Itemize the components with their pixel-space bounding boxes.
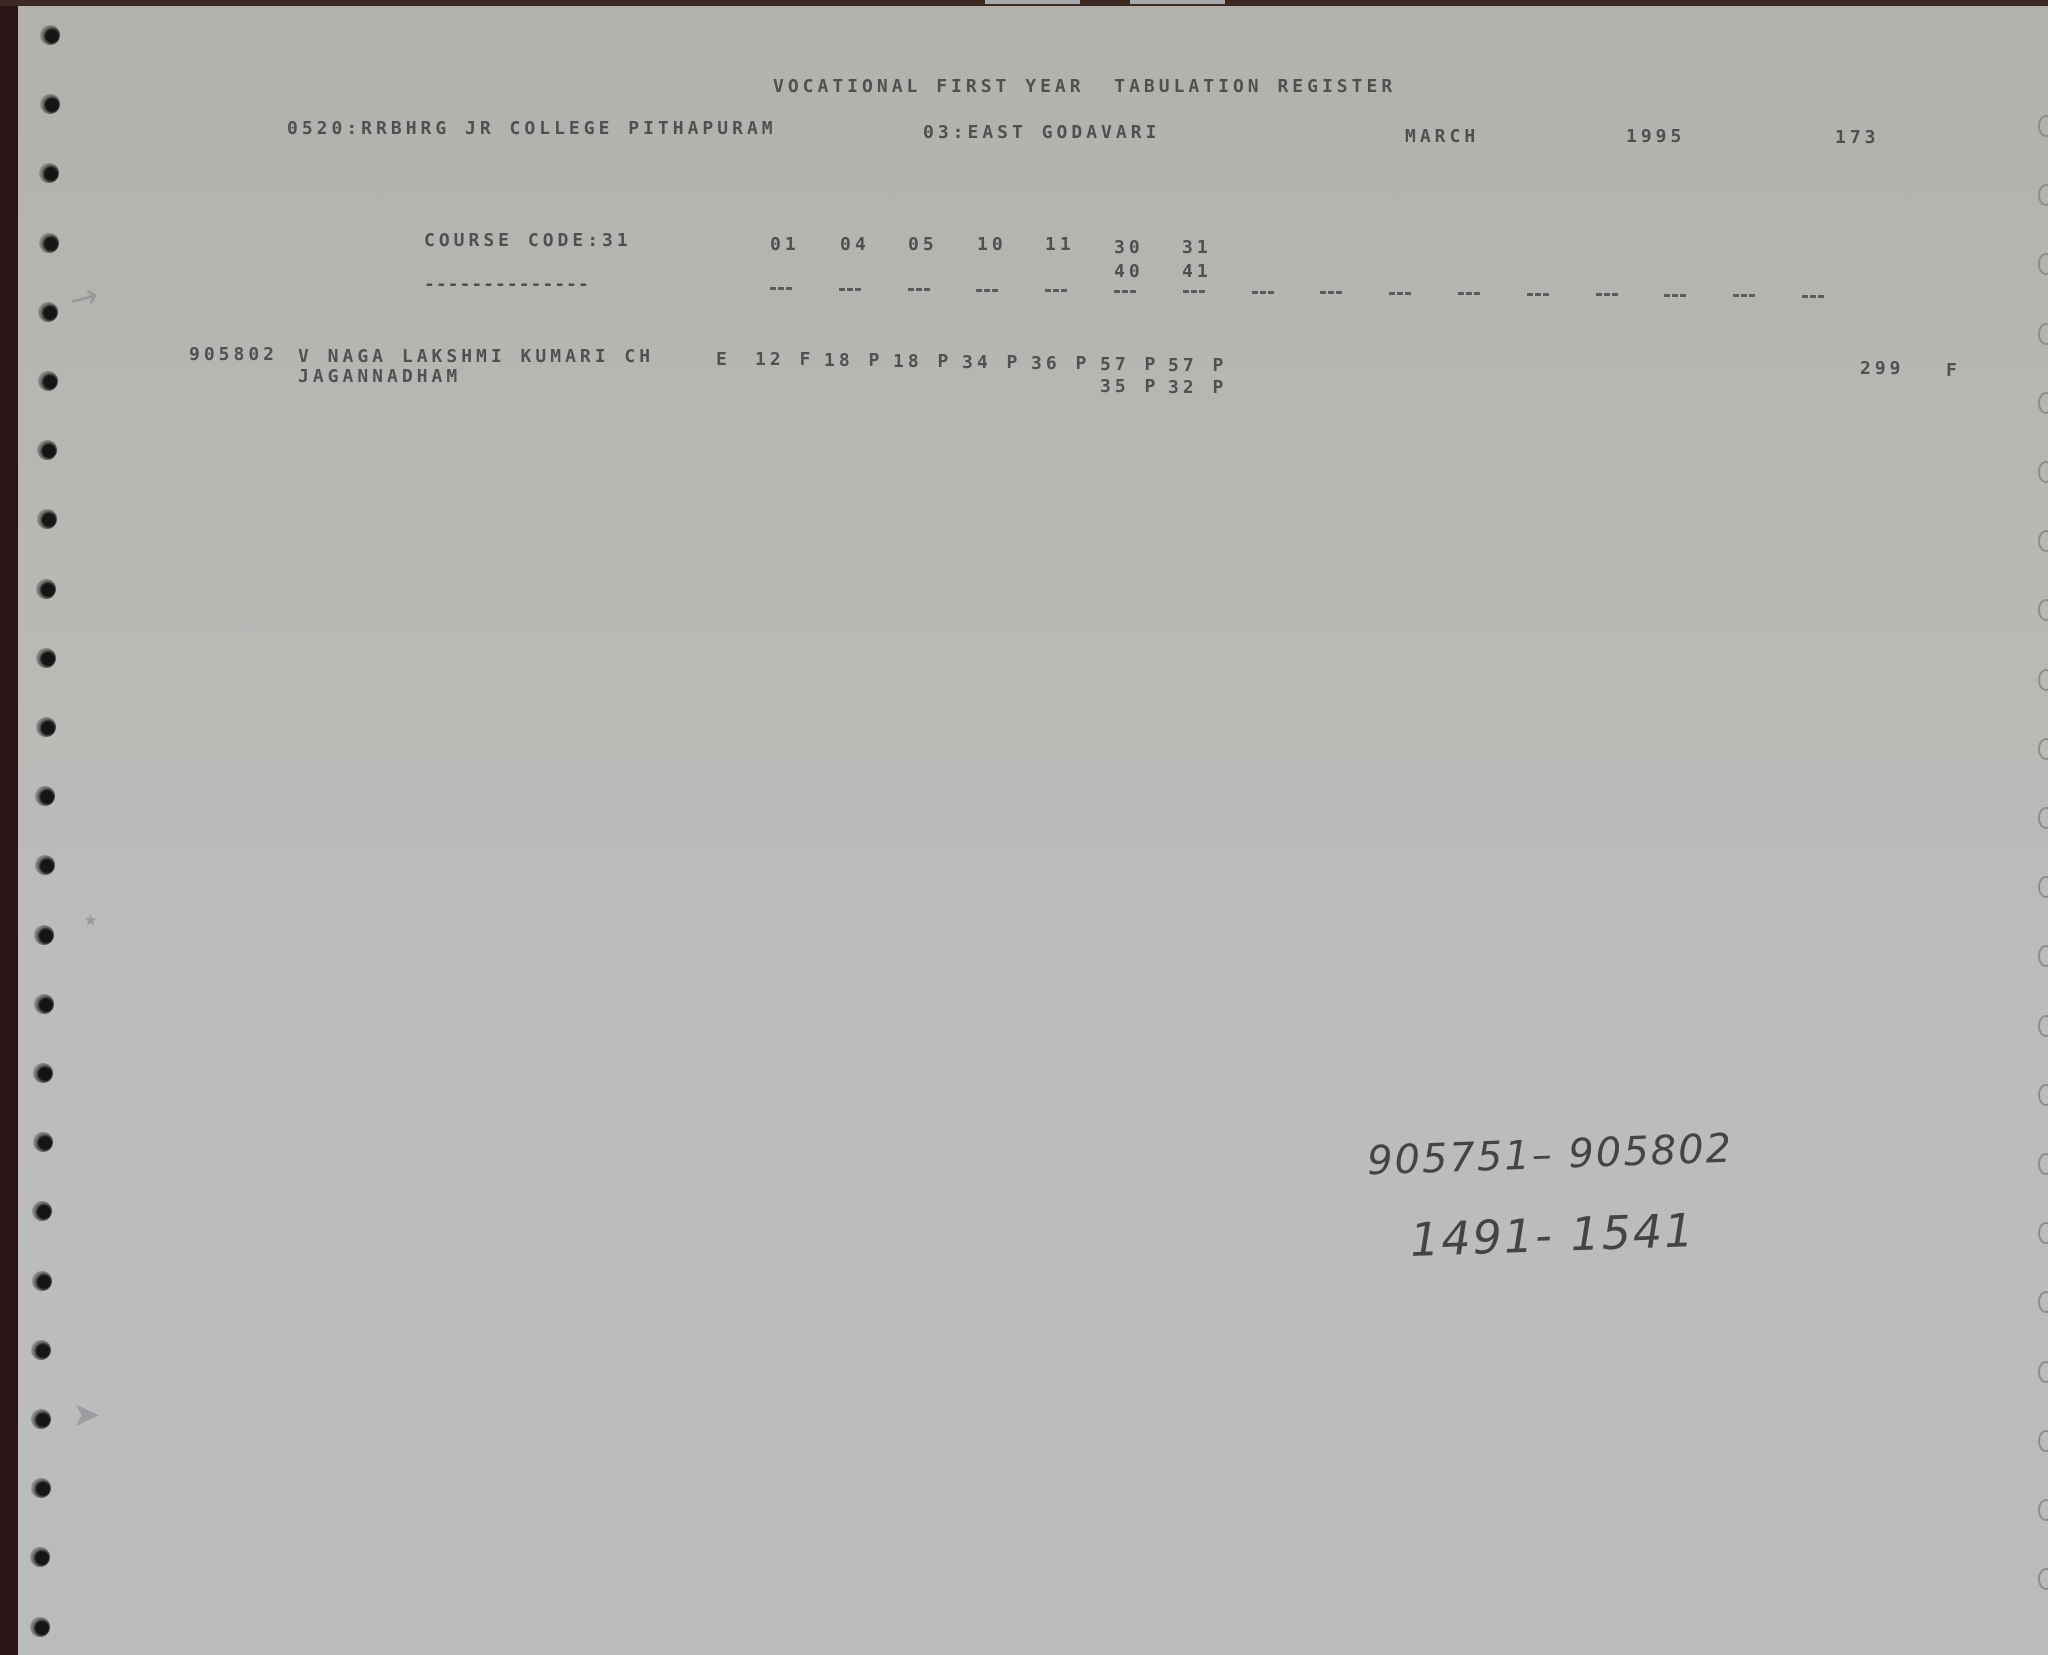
tractor-hole	[36, 717, 56, 737]
tractor-hole	[40, 25, 60, 45]
tractor-hole	[40, 94, 60, 114]
column-underline	[770, 287, 792, 294]
district: 03:EAST GODAVARI	[923, 124, 1160, 142]
tractor-hole	[2038, 392, 2048, 414]
tractor-hole	[33, 1132, 53, 1152]
tractor-hole	[2038, 1499, 2048, 1521]
tractor-hole	[2038, 323, 2048, 345]
subject-code: 10	[977, 236, 1007, 254]
handwritten-serial-range: 1491- 1541	[1409, 1203, 1696, 1267]
course-code: COURSE CODE:31	[424, 232, 632, 250]
tractor-hole	[2038, 1361, 2048, 1383]
pencil-mark: ➤	[72, 1395, 101, 1435]
tractor-hole	[31, 1409, 51, 1429]
tractor-hole	[2038, 669, 2048, 691]
tractor-hole	[2038, 876, 2048, 898]
tractor-hole	[2038, 1222, 2048, 1244]
subject-mark-secondary: 32 P	[1168, 379, 1227, 397]
tractor-hole	[36, 648, 56, 668]
college-name: 0520:RRBHRG JR COLLEGE PITHAPURAM	[287, 120, 777, 138]
tractor-hole	[30, 1617, 50, 1637]
tractor-hole	[39, 233, 59, 253]
exam-month: MARCH	[1405, 128, 1479, 146]
page-number: 173	[1835, 129, 1880, 147]
subject-code: 31	[1182, 239, 1212, 257]
tractor-hole	[2038, 461, 2048, 483]
subject-code-secondary: 40	[1114, 263, 1144, 281]
subject-code: 04	[840, 236, 870, 254]
tractor-hole	[2038, 738, 2048, 760]
subject-mark: 36 P	[1031, 355, 1090, 373]
column-underline	[1252, 291, 1274, 298]
column-underline	[1527, 293, 1549, 300]
column-underline	[1802, 295, 1824, 302]
exam-year: 1995	[1626, 128, 1685, 146]
tractor-hole	[2038, 1084, 2048, 1106]
subject-code: 11	[1045, 236, 1075, 254]
column-underline	[1183, 290, 1205, 297]
tractor-hole	[2038, 1568, 2048, 1590]
subject-mark: 34 P	[962, 354, 1021, 372]
column-underline	[1596, 293, 1618, 300]
subject-mark-secondary: 35 P	[1100, 378, 1159, 396]
column-underline	[976, 289, 998, 296]
tractor-hole	[2038, 807, 2048, 829]
tractor-hole	[2038, 1153, 2048, 1175]
tractor-hole	[35, 855, 55, 875]
subject-code: 30	[1114, 239, 1144, 257]
student-name-continued: JAGANNADHAM	[298, 368, 461, 386]
tractor-hole	[2038, 184, 2048, 206]
tractor-hole	[38, 302, 58, 322]
tractor-hole	[34, 994, 54, 1014]
column-underline	[1664, 294, 1686, 301]
tractor-hole	[38, 371, 58, 391]
tractor-hole	[31, 1478, 51, 1498]
printout-sheet	[18, 6, 2048, 1655]
tractor-hole	[34, 925, 54, 945]
column-underline	[1389, 292, 1411, 299]
subject-mark: 57 P	[1100, 356, 1159, 374]
column-underline	[1114, 290, 1136, 297]
column-underline	[1045, 289, 1067, 296]
register-title: VOCATIONAL FIRST YEAR TABULATION REGISTE…	[773, 78, 1396, 96]
subject-mark: 12 F	[755, 351, 814, 369]
subject-code: 01	[770, 236, 800, 254]
column-underline	[908, 288, 930, 295]
column-underline	[1458, 292, 1480, 299]
medium: E	[716, 351, 731, 369]
subject-mark: 18 P	[893, 353, 952, 371]
subject-mark: 18 P	[824, 352, 883, 370]
tractor-hole	[2038, 530, 2048, 552]
total-marks: 299	[1860, 360, 1905, 378]
result: F	[1946, 362, 1961, 380]
column-underline	[1320, 291, 1342, 298]
roll-number: 905802	[189, 346, 278, 364]
student-name: V NAGA LAKSHMI KUMARI CH	[298, 348, 654, 366]
subject-mark: 57 P	[1168, 357, 1227, 375]
pencil-mark: ⋆	[80, 900, 101, 940]
tractor-hole	[32, 1271, 52, 1291]
tractor-hole	[36, 579, 56, 599]
tractor-hole	[2038, 1015, 2048, 1037]
column-underline	[1733, 294, 1755, 301]
tractor-hole	[2038, 1430, 2048, 1452]
subject-code-secondary: 41	[1182, 263, 1212, 281]
tractor-hole	[2038, 115, 2048, 137]
column-underline	[839, 288, 861, 295]
course-code-underline: --------------	[424, 276, 590, 294]
subject-code: 05	[908, 236, 938, 254]
